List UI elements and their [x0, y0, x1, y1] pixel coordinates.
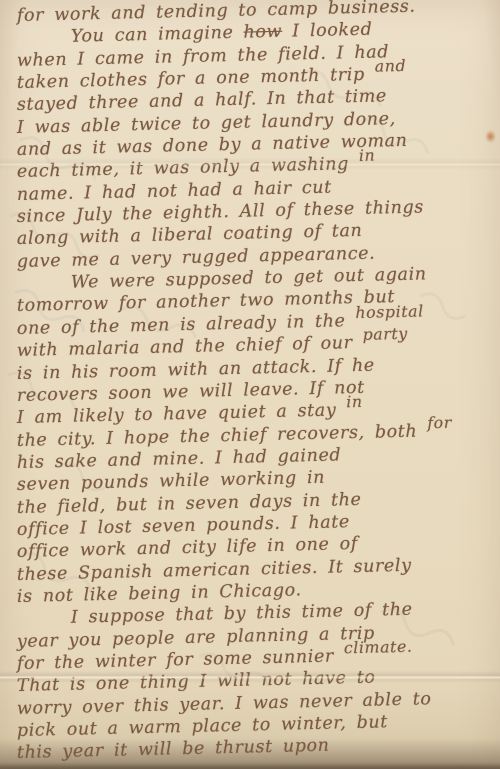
letter-text: this year it will be thrust upon — [17, 736, 330, 763]
raised-word: party — [362, 324, 408, 344]
letter-text: I looked — [282, 20, 373, 42]
raised-word: in — [346, 392, 363, 411]
letter-text: You can imagine — [71, 23, 244, 47]
raised-word: in — [359, 146, 376, 165]
letter-page: for work and tending to camp business.Yo… — [0, 0, 500, 769]
raised-word: climate. — [344, 637, 413, 658]
raised-word: and — [375, 56, 407, 76]
raised-word: for — [427, 413, 452, 433]
raised-word: hospital — [355, 302, 424, 323]
letter-body: for work and tending to camp business.Yo… — [17, 5, 496, 765]
crossed-out-word: how — [243, 22, 282, 43]
